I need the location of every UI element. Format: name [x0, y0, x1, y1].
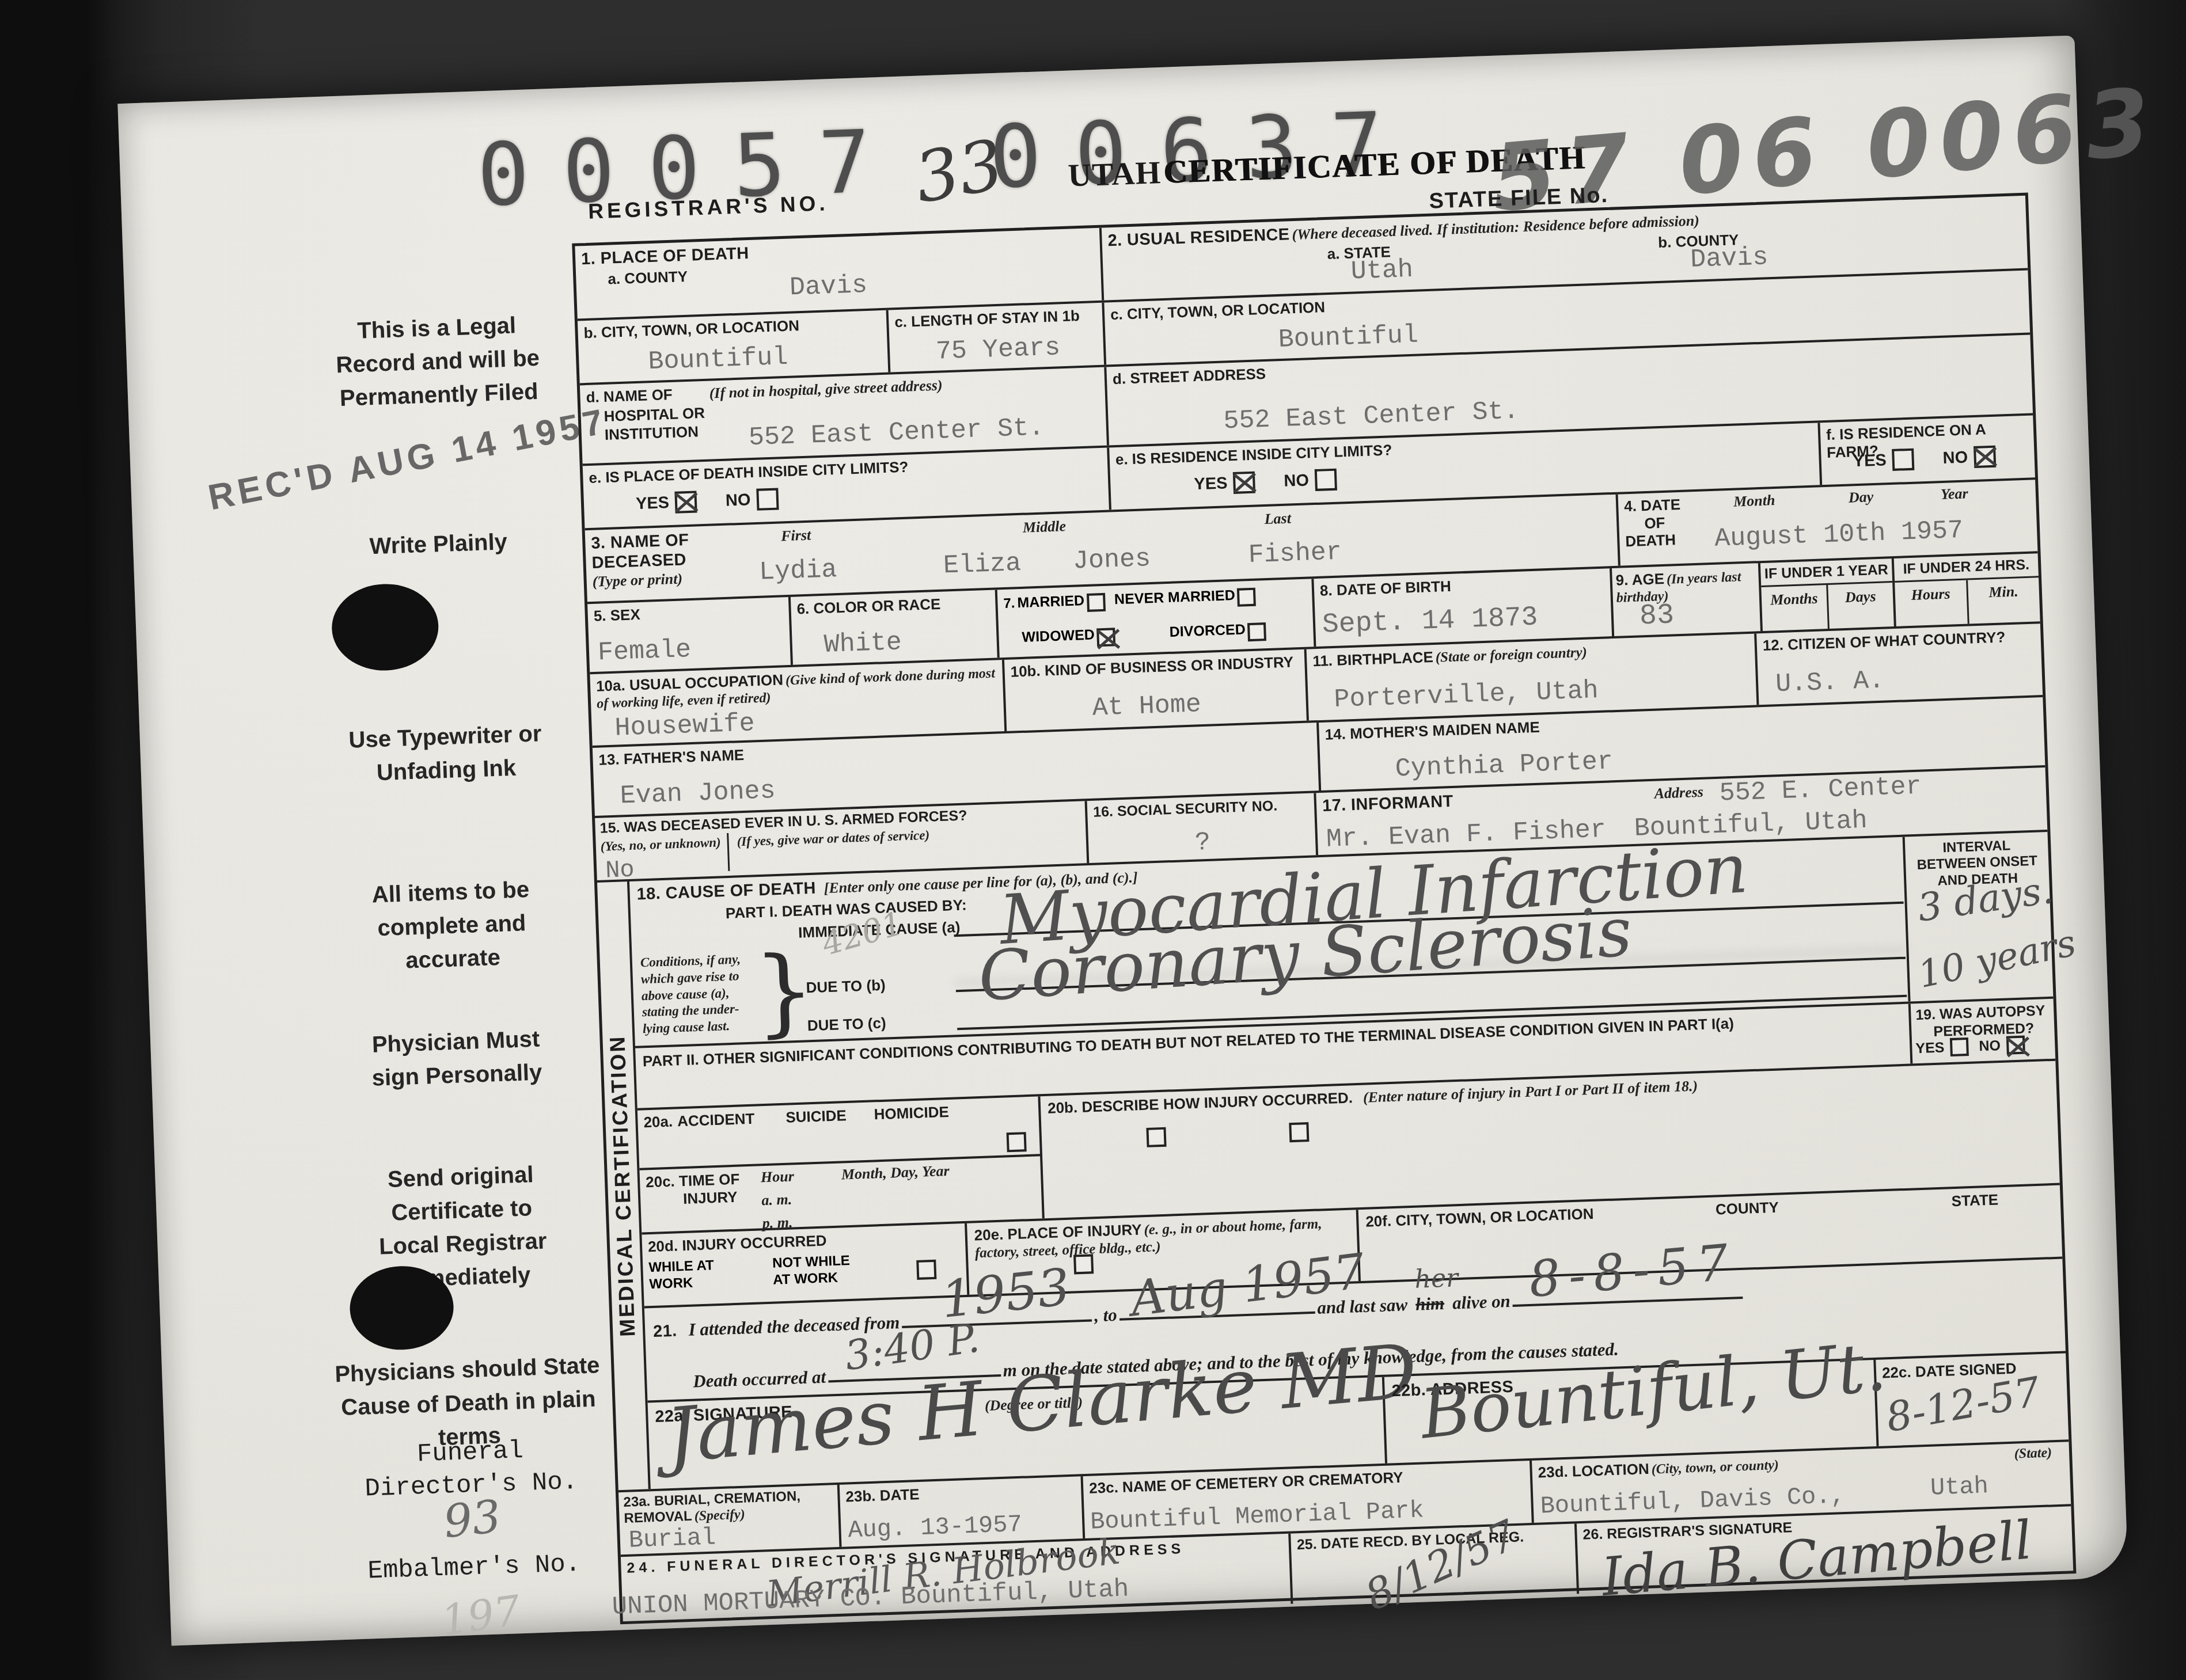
usual-residence-hint: (Where deceased lived. If institution: R…: [1292, 212, 1699, 243]
marital-row-1: 7. MARRIED NEVER MARRIED: [1003, 585, 1307, 615]
hours-header: Hours: [1895, 580, 1969, 626]
death-certificate-paper: This is a Legal Record and will be Perma…: [117, 35, 2128, 1645]
widowed-label: WIDOWED: [1022, 627, 1095, 645]
marital-status-cell: 7. MARRIED NEVER MARRIED WIDOWED DIVORCE…: [997, 579, 1316, 657]
autopsy-answer: YES NO: [1915, 1035, 2052, 1058]
occupation-cell: 10a. USUAL OCCUPATION (Give kind of work…: [590, 660, 1007, 746]
interval-b-value: 10 years: [1915, 925, 2079, 994]
hospital-label-1: d. NAME OF: [586, 386, 673, 406]
if-under-1-year-cell: IF UNDER 1 YEAR Months Days: [1760, 558, 1896, 631]
burial-value: Burial: [628, 1525, 716, 1553]
injury-occurred-label: 20d. INJURY OCCURRED: [648, 1232, 827, 1255]
yes-label: YES: [1915, 1039, 1945, 1056]
length-of-stay-value: 75 Years: [935, 334, 1061, 366]
yes-label: YES: [635, 493, 669, 513]
margin-note-write-plainly: Write Plainly: [317, 523, 560, 565]
length-of-stay-label: c. LENGTH OF STAY IN 1b: [894, 307, 1080, 330]
conditions-note: Conditions, if any, which gave rise to a…: [640, 951, 758, 1037]
punch-hole-top: [331, 582, 440, 672]
attended-text-4: alive on: [1452, 1291, 1511, 1313]
homicide-label: HOMICIDE: [874, 1103, 949, 1123]
burial-location-label: 23d. LOCATION: [1538, 1460, 1649, 1481]
under-24-hrs-columns: Hours Min.: [1895, 577, 2040, 626]
citizen-value: U.S. A.: [1775, 667, 1885, 698]
embalmer-no-label: Embalmer's No.: [341, 1547, 608, 1589]
interval-cell: INTERVAL BETWEEN ONSET AND DEATH 3 days.…: [1903, 832, 2054, 1002]
residence-city-value: Bountiful: [1278, 322, 1419, 354]
citizen-label: 12. CITIZEN OF WHAT COUNTRY?: [1762, 628, 2006, 654]
never-married-label: NEVER MARRIED: [1114, 587, 1236, 607]
age-label: 9. AGE: [1615, 570, 1664, 589]
yes-label: YES: [1853, 451, 1887, 470]
first-name-value: Lydia: [759, 556, 838, 586]
divorced-checkbox: [1247, 622, 1266, 641]
birthplace-hint: (State or foreign country): [1435, 645, 1587, 666]
attended-text-2: , to: [1094, 1305, 1117, 1325]
county-label: a. COUNTY: [608, 268, 688, 288]
last-seen-blank: 8-8-57: [1512, 1276, 1743, 1307]
father-name-value: Evan Jones: [620, 777, 776, 810]
last-name-value: Fisher: [1248, 538, 1342, 569]
time-of-injury-cell: 20c. TIME OF INJURY Hour a. m. p. m. Mon…: [639, 1156, 1042, 1232]
date-of-death-cell: 4. DATE OF DEATH Month Day Year August 1…: [1618, 480, 2038, 565]
hospital-value: 552 East Center St.: [748, 414, 1044, 451]
first-name-header: First: [781, 526, 811, 545]
armed-forces-divider: [727, 833, 730, 871]
ssn-label: 16. SOCIAL SECURITY NO.: [1093, 798, 1278, 820]
date-signed-value: 8-12-57: [1883, 1371, 2043, 1438]
burial-state-hint: (State): [2014, 1445, 2052, 1462]
date-signed-cell: 22c. DATE SIGNED 8-12-57: [1876, 1353, 2069, 1446]
her-him-stack: her him: [1409, 1293, 1450, 1316]
date-received-cell: 25. DATE RECD. BY LOCAL REG. 8/12/57: [1291, 1523, 1579, 1603]
length-of-stay-cell: c. LENGTH OF STAY IN 1b 75 Years: [889, 303, 1107, 373]
under-1-year-columns: Months Days: [1761, 583, 1894, 631]
margin-note-typewriter: Use Typewriter or Unfading Ink: [318, 716, 574, 791]
injury-occurred-cell: 20d. INJURY OCCURRED WHILE ATWORK NOT WH…: [642, 1223, 969, 1306]
burial-cell: 23a. BURIAL, CREMATION, REMOVAL (Specify…: [618, 1485, 842, 1554]
widowed-checkbox: [1096, 628, 1115, 647]
injury-city-label: 20f. CITY, TOWN, OR LOCATION: [1365, 1205, 1594, 1230]
race-cell: 6. COLOR OR RACE White: [791, 590, 1000, 664]
burial-location-hint: (City, town, or county): [1651, 1458, 1779, 1477]
age-value: 83: [1639, 600, 1675, 632]
race-label: 6. COLOR OR RACE: [796, 595, 941, 618]
no-label: NO: [1942, 448, 1968, 467]
marital-row-2: WIDOWED DIVORCED: [1004, 619, 1308, 650]
dod-month-header: Month: [1733, 491, 1775, 511]
armed-forces-value: No: [605, 857, 635, 884]
farm-yes-checkbox: [1892, 448, 1914, 471]
death-city-limits-answer: YES NO: [635, 487, 805, 515]
signer-address-cell: 22b. ADDRESS Bountiful, Ut.: [1384, 1360, 1879, 1464]
race-value: White: [823, 629, 902, 659]
injury-left-column: 20a. ACCIDENT SUICIDE HOMICIDE 20c. TIME…: [637, 1096, 1045, 1232]
death-city-value: Bountiful: [648, 344, 789, 376]
autopsy-yes-checkbox: [1950, 1037, 1969, 1056]
occupation-value: Housewife: [614, 710, 756, 742]
scanned-background: This is a Legal Record and will be Perma…: [0, 0, 2186, 1680]
days-header: Days: [1828, 583, 1894, 629]
death-city-cell: b. CITY, TOWN, OR LOCATION Bountiful: [578, 310, 890, 383]
dod-year-header: Year: [1940, 484, 1968, 503]
margin-note-legal-record: This is a Legal Record and will be Perma…: [332, 308, 543, 415]
autopsy-no-checkbox: [2006, 1036, 2025, 1055]
while-at-work-checkbox: [916, 1260, 936, 1280]
burial-label-2: REMOVAL: [624, 1508, 692, 1526]
mother-name-value: Cynthia Porter: [1395, 748, 1613, 782]
am-label: a. m.: [761, 1190, 792, 1209]
medical-certification-content: 18. CAUSE OF DEATH [Enter only one cause…: [629, 832, 2069, 1489]
birthplace-cell: 11. BIRTHPLACE (State or foreign country…: [1307, 633, 1759, 720]
state-value: Utah: [1350, 256, 1414, 286]
if-under-24-hrs-cell: IF UNDER 24 HRS. Hours Min.: [1894, 553, 2040, 626]
registrar-no-value: 33: [910, 131, 1008, 214]
never-married-checkbox: [1237, 588, 1256, 607]
street-address-value: 552 East Center St.: [1223, 398, 1519, 435]
divorced-label: DIVORCED: [1169, 622, 1246, 641]
death-city-limits-yes-checkbox: [674, 491, 697, 513]
burial-hint: (Specify): [694, 1507, 745, 1524]
mdy-label: Month, Day, Year: [841, 1162, 950, 1184]
county-value: Davis: [789, 272, 868, 302]
burial-state-value: Utah: [1930, 1473, 1988, 1501]
birthplace-value: Porterville, Utah: [1334, 677, 1599, 713]
medical-certification-block: MEDICAL CERTIFICATION 18. CAUSE OF DEATH…: [597, 832, 2069, 1492]
last-name-header: Last: [1264, 509, 1291, 528]
attended-num: 21.: [653, 1322, 678, 1341]
farm-no-checkbox: [1974, 446, 1996, 468]
armed-forces-hint-1: (Yes, no, or unknown): [600, 834, 722, 854]
received-date-stamp: REC'D AUG 14 1957: [205, 401, 610, 518]
hospital-hint: (If not in hospital, give street address…: [709, 377, 943, 401]
residence-city-limits-answer: YES NO: [1194, 467, 1364, 495]
margin-note-physician-sign: Physician Must sign Personally: [352, 1021, 561, 1095]
residence-county-value: Davis: [1690, 244, 1769, 273]
attended-to-blank: Aug 1957: [1119, 1291, 1315, 1321]
injury-county-header: COUNTY: [1715, 1199, 1779, 1218]
age-cell: 9. AGE (In years last birthday) 83: [1612, 563, 1763, 636]
cemetery-value: Bountiful Memorial Park: [1090, 1497, 1425, 1534]
not-while-at-work-checkbox: [1073, 1255, 1094, 1275]
part1-label: PART I. DEATH WAS CAUSED BY:: [725, 896, 967, 922]
due-to-b-label: DUE TO (b): [806, 976, 886, 997]
middle-name-header: Middle: [1022, 517, 1066, 537]
not-while-at-work-label: NOT WHILEAT WORK: [772, 1253, 851, 1288]
her-value: her: [1414, 1265, 1459, 1293]
ssn-value: ?: [1194, 829, 1211, 857]
industry-cell: 10b. KIND OF BUSINESS OR INDUSTRY At Hom…: [1004, 649, 1309, 731]
usual-residence-label: 2. USUAL RESIDENCE: [1107, 225, 1290, 250]
middle-name-value-1: Eliza: [943, 550, 1022, 580]
embalmer-no-value: 197: [439, 1590, 523, 1641]
no-label: NO: [1979, 1037, 2001, 1054]
married-checkbox: [1087, 593, 1106, 612]
cause-of-death-label: 18. CAUSE OF DEATH: [636, 879, 816, 904]
months-header: Months: [1761, 585, 1829, 631]
dob-label: 8. DATE OF BIRTH: [1320, 577, 1452, 599]
burial-date-cell: 23b. DATE Aug. 13-1957: [840, 1476, 1086, 1547]
dob-value: Sept. 14 1873: [1322, 603, 1538, 640]
date-of-birth-cell: 8. DATE OF BIRTH Sept. 14 1873: [1314, 568, 1614, 647]
residence-city-limits-yes-checkbox: [1233, 472, 1255, 494]
place-of-death-label: 1. PLACE OF DEATH: [581, 244, 749, 268]
sex-cell: 5. SEX Female: [587, 597, 793, 672]
death-city-label: b. CITY, TOWN, OR LOCATION: [583, 317, 799, 341]
informant-label: 17. INFORMANT: [1322, 792, 1454, 815]
form-title-state: UTAH: [1068, 155, 1162, 194]
burial-date-label: 23b. DATE: [845, 1485, 920, 1505]
sex-label: 5. SEX: [593, 606, 640, 625]
sex-value: Female: [597, 636, 692, 667]
birthplace-label: 11. BIRTHPLACE: [1312, 648, 1433, 670]
middle-name-value-2: Jones: [1072, 545, 1151, 575]
hospital-label-2: HOSPITAL OR: [604, 404, 705, 425]
yes-label: YES: [1194, 474, 1228, 493]
due-to-c-label: DUE TO (c): [807, 1014, 886, 1035]
residence-city-label: c. CITY, TOWN, OR LOCATION: [1110, 298, 1326, 323]
ssn-cell: 16. SOCIAL SECURITY NO. ?: [1087, 793, 1319, 863]
dod-day-header: Day: [1848, 488, 1873, 507]
father-name-label: 13. FATHER'S NAME: [598, 746, 745, 769]
industry-value: At Home: [1092, 691, 1202, 722]
burial-location-value: Bountiful, Davis Co.,: [1540, 1483, 1846, 1519]
medical-certification-vertical-label: MEDICAL CERTIFICATION: [605, 1035, 640, 1337]
burial-date-value: Aug. 13-1957: [848, 1512, 1023, 1544]
death-city-limits-no-checkbox: [756, 488, 779, 511]
residence-city-limits-no-checkbox: [1314, 469, 1337, 491]
informant-address-value-1: 552 E. Center: [1719, 773, 1922, 807]
accident-checkbox: [1007, 1132, 1027, 1152]
him-struck: him: [1415, 1293, 1445, 1314]
certificate-table: 1. PLACE OF DEATH a. COUNTY Davis 2. USU…: [572, 192, 2076, 1624]
accident-label: ACCIDENT: [677, 1110, 755, 1130]
suicide-label: SUICIDE: [785, 1107, 847, 1126]
injury-state-header: STATE: [1951, 1191, 1998, 1210]
hour-label: Hour: [760, 1167, 794, 1186]
mother-name-label: 14. MOTHER'S MAIDEN NAME: [1324, 719, 1540, 743]
citizen-cell: 12. CITIZEN OF WHAT COUNTRY? U.S. A.: [1756, 624, 2043, 705]
homicide-checkbox: [1289, 1122, 1310, 1142]
informant-address-label: Address: [1654, 783, 1703, 803]
margin-note-complete: All items to be complete and accurate: [347, 872, 557, 979]
injury-a-num: 20a.: [643, 1113, 673, 1131]
autopsy-cell: 19. WAS AUTOPSY PERFORMED? YES NO: [1908, 999, 2055, 1064]
married-label: MARRIED: [1017, 592, 1085, 611]
while-at-work-label: WHILE ATWORK: [648, 1257, 715, 1293]
min-header: Min.: [1968, 577, 2040, 624]
farm-cell: f. IS RESIDENCE ON A FARM? YES NO: [1820, 415, 2035, 485]
funeral-director-no-value: 93: [442, 1494, 503, 1545]
no-label: NO: [725, 491, 751, 510]
no-label: NO: [1284, 471, 1310, 490]
suicide-checkbox: [1147, 1127, 1167, 1147]
street-address-label: d. STREET ADDRESS: [1112, 365, 1266, 387]
time-of-injury-label-1: 20c. TIME OF: [646, 1170, 740, 1191]
hospital-label-3: INSTITUTION: [604, 423, 699, 443]
